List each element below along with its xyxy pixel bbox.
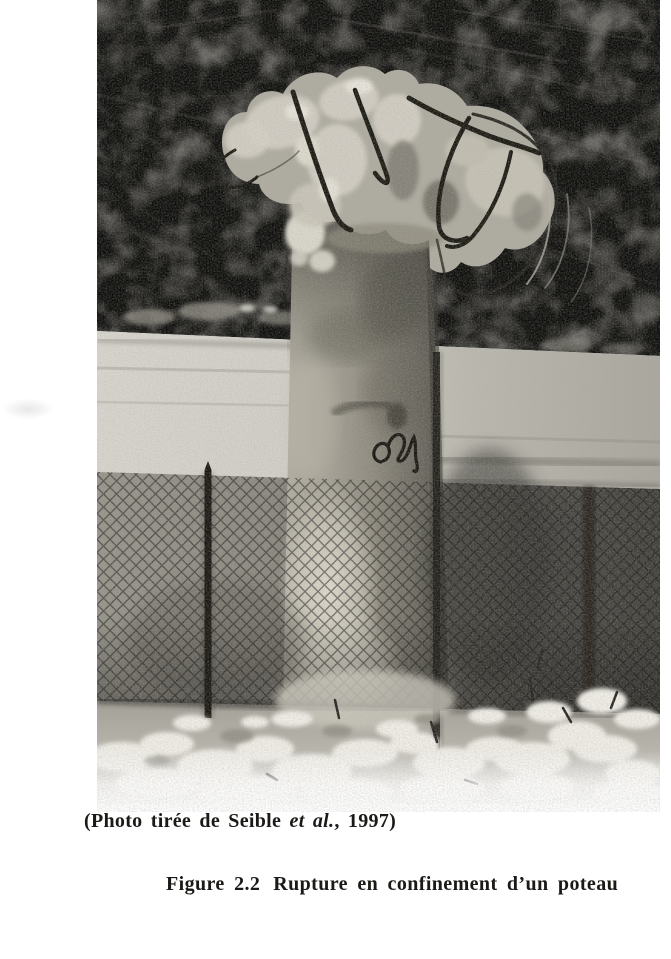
- figure-label: Figure 2.2: [166, 873, 260, 895]
- figure-photo: [97, 0, 660, 812]
- figure-title: Rupture en confinement d’un poteau: [273, 873, 618, 895]
- photo-credit-suffix: , 1997): [334, 810, 396, 832]
- figure-photo-graphic: [97, 0, 660, 812]
- page-smudge: [2, 398, 54, 420]
- photo-credit-prefix: (Photo tirée de Seible: [84, 810, 290, 832]
- photo-credit: (Photo tirée de Seible et al., 1997): [84, 810, 396, 833]
- figure-caption: Figure 2.2Rupture en confinement d’un po…: [166, 873, 618, 896]
- photo-credit-et-al: et al.: [290, 810, 335, 832]
- photo-grain-overlay: [97, 0, 660, 812]
